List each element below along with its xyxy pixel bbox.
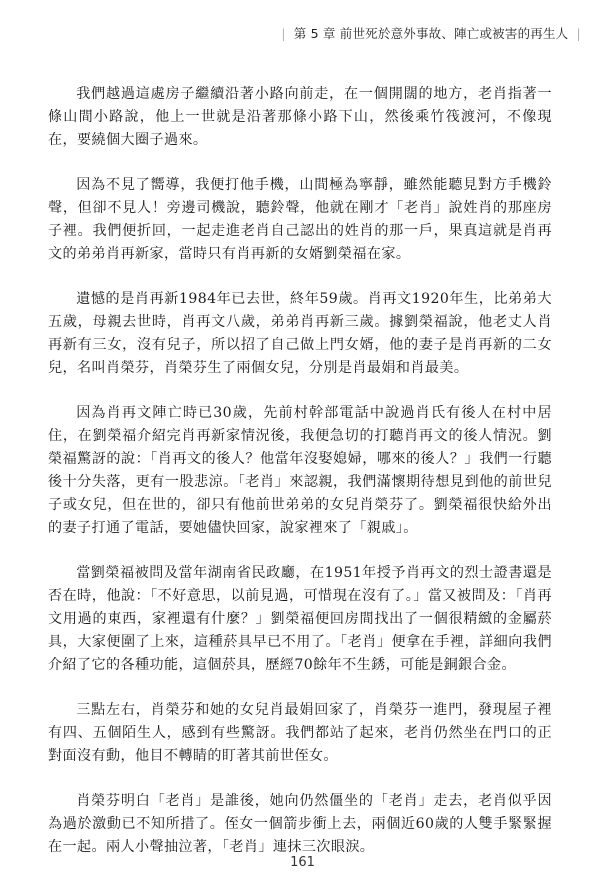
paragraph: 遺憾的是肖再新1984年已去世，終年59歲。肖再文1920年生，比弟弟大五歲，母… [48,288,552,380]
paragraph: 當劉榮福被問及當年湖南省民政廳，在1951年授予肖再文的烈士證書還是否在時，他說… [48,562,552,677]
running-header: | 第 5 章 前世死於意外事故、陣亡或被害的再生人 | [277,24,585,42]
chapter-title: 第 5 章 前世死於意外事故、陣亡或被害的再生人 [294,26,569,41]
paragraph: 因為肖再文陣亡時已30歲，先前村幹部電話中說過肖氏有後人在村中居住，在劉榮福介紹… [48,402,552,540]
paragraph: 我們越過這處房子繼續沿著小路向前走，在一個開闊的地方，老肖指著一條山間小路說，他… [48,83,552,152]
paragraph: 三點左右，肖榮芬和她的女兒肖最娟回家了，肖榮芬一進門，發現屋子裡有四、五個陌生人… [48,699,552,768]
paragraph: 因為不見了嚮導，我便打他手機，山間極為寧靜，雖然能聽見對方手機鈴聲，但卻不見人！… [48,174,552,266]
paragraph: 肖榮芬明白「老肖」是誰後，她向仍然僵坐的「老肖」走去，老肖似乎因為過於激動已不知… [48,790,552,859]
body-text: 我們越過這處房子繼續沿著小路向前走，在一個開闊的地方，老肖指著一條山間小路說，他… [48,83,552,881]
header-divider-right: | [573,26,585,41]
page-number: 161 [0,855,605,870]
header-divider-left: | [277,26,289,41]
